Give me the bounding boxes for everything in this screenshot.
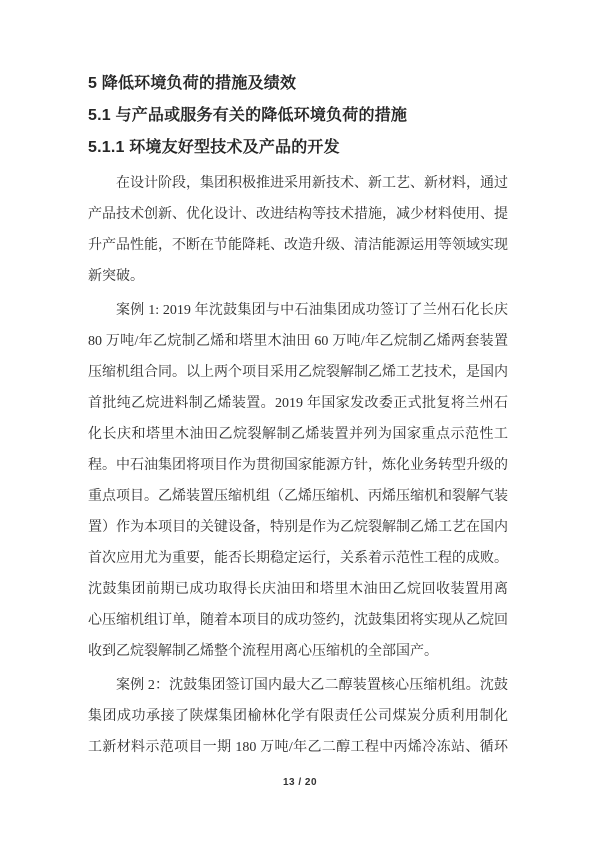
text-line: 新突破。 (88, 261, 508, 292)
paragraph-intro: 在设计阶段，集团积极推进采用新技术、新工艺、新材料，通过 产品技术创新、优化设计… (88, 168, 508, 292)
text-line: 心压缩机组订单，随着本项目的成功签约，沈鼓集团将实现从乙烷回 (88, 605, 508, 636)
document-page: 5 降低环境负荷的措施及绩效 5.1 与产品或服务有关的降低环境负荷的措施 5.… (0, 0, 600, 848)
heading-section-5: 5 降低环境负荷的措施及绩效 (88, 68, 508, 100)
text-line: 置）作为本项目的关键设备，特别是作为乙烷裂解制乙烯工艺在国内 (88, 512, 508, 543)
text-line: 80 万吨/年乙烷制乙烯和塔里木油田 60 万吨/年乙烷制乙烯两套装置 (88, 326, 508, 357)
text-line: 升产品性能，不断在节能降耗、改造升级、清洁能源运用等领域实现 (88, 230, 508, 261)
text-line: 收到乙烷裂解制乙烯整个流程用离心压缩机的全部国产。 (88, 636, 508, 667)
text-line: 沈鼓集团前期已成功取得长庆油田和塔里木油田乙烷回收装置用离 (88, 574, 508, 605)
text-line: 案例 1: 2019 年沈鼓集团与中石油集团成功签订了兰州石化长庆 (88, 295, 508, 326)
text-line: 在设计阶段，集团积极推进采用新技术、新工艺、新材料，通过 (88, 168, 508, 199)
paragraph-case-2: 案例 2：沈鼓集团签订国内最大乙二醇装置核心压缩机组。沈鼓 集团成功承接了陕煤集… (88, 670, 508, 763)
text-line: 工新材料示范项目一期 180 万吨/年乙二醇工程中丙烯冷冻站、循环 (88, 732, 508, 763)
text-line: 化长庆和塔里木油田乙烷裂解制乙烯装置并列为国家重点示范性工 (88, 419, 508, 450)
text-line: 案例 2：沈鼓集团签订国内最大乙二醇装置核心压缩机组。沈鼓 (88, 670, 508, 701)
text-line: 压缩机组合同。以上两个项目采用乙烷裂解制乙烯工艺技术，是国内 (88, 357, 508, 388)
document-content: 5 降低环境负荷的措施及绩效 5.1 与产品或服务有关的降低环境负荷的措施 5.… (0, 0, 600, 763)
text-line: 首次应用尤为重要，能否长期稳定运行，关系着示范性工程的成败。 (88, 543, 508, 574)
page-footer: 13 / 20 (0, 772, 600, 790)
text-line: 首批纯乙烷进料制乙烯装置。2019 年国家发改委正式批复将兰州石 (88, 388, 508, 419)
text-line: 产品技术创新、优化设计、改进结构等技术措施，减少材料使用、提 (88, 199, 508, 230)
text-line: 重点项目。乙烯装置压缩机组（乙烯压缩机、丙烯压缩机和裂解气装 (88, 481, 508, 512)
page-number: 13 / 20 (283, 777, 317, 788)
paragraph-case-1: 案例 1: 2019 年沈鼓集团与中石油集团成功签订了兰州石化长庆 80 万吨/… (88, 295, 508, 667)
text-line: 集团成功承接了陕煤集团榆林化学有限责任公司煤炭分质利用制化 (88, 701, 508, 732)
text-line: 程。中石油集团将项目作为贯彻国家能源方针，炼化业务转型升级的 (88, 450, 508, 481)
heading-section-5-1: 5.1 与产品或服务有关的降低环境负荷的措施 (88, 100, 508, 132)
heading-section-5-1-1: 5.1.1 环境友好型技术及产品的开发 (88, 132, 508, 164)
